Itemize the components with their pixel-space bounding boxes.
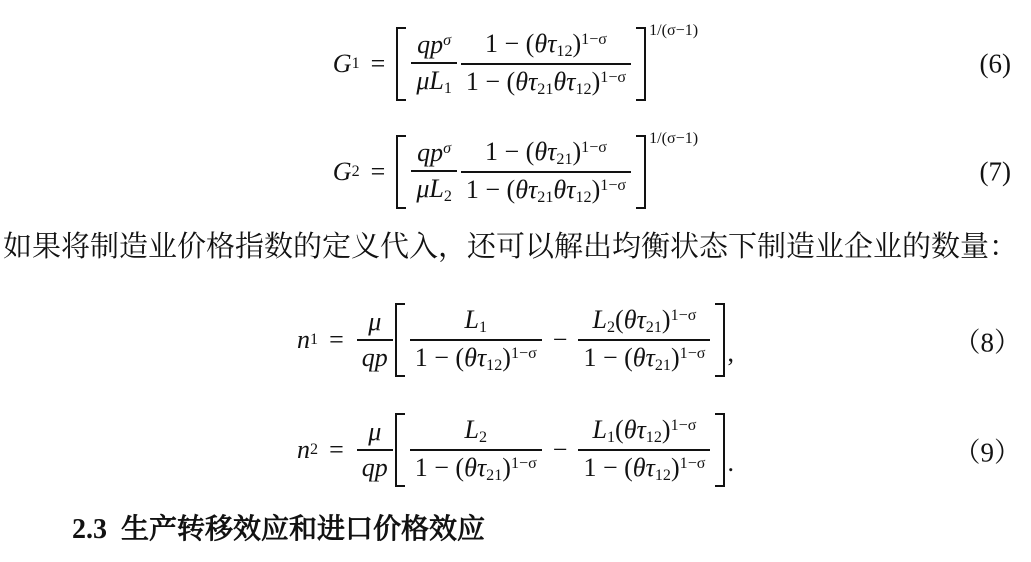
eq9-term-a-den-exp: 1−σ <box>511 455 537 472</box>
eq9-term-b-fraction: L1(θτ12)1−σ 1 − (θτ12)1−σ <box>578 413 710 487</box>
eq9-term-a-numerator: L2 <box>460 413 493 449</box>
eq8-coef-den-var: qp <box>362 343 388 372</box>
eq8-lhs-sub: 1 <box>310 331 318 349</box>
eq9-term-b-den-var: θτ <box>633 453 655 482</box>
body-paragraph: 如果将制造业价格指数的定义代入，还可以解出均衡状态下制造业企业的数量： <box>3 229 1031 265</box>
eq7-coef-den-var: μL <box>416 174 444 203</box>
left-bracket <box>396 27 406 101</box>
eq9-term-a-fraction: L2 1 − (θτ21)1−σ <box>410 413 542 487</box>
eq6-ratio-num-var-sub: 12 <box>556 43 572 60</box>
equals-sign: = <box>371 49 386 79</box>
section-title: 生产转移效应和进口价格效应 <box>121 514 485 545</box>
eq9-term-a-den-var: θτ <box>464 453 486 482</box>
eq9-coef-numerator: μ <box>363 415 386 450</box>
eq6-ratio-den-exp: 1−σ <box>600 69 626 86</box>
eq6-coef-denominator: μL1 <box>411 64 457 100</box>
section-number: 2.3 <box>72 514 107 545</box>
eq8-bracket-group: L1 1 − (θτ12)1−σ − L2(θτ21)1−σ 1 − (θτ21… <box>395 303 734 377</box>
eq8-term-a-den-exp: 1−σ <box>511 345 537 362</box>
equation-7-row: G2 = qpσ μL2 1 − (θτ21)1−σ 1 − (θτ21θτ12… <box>0 116 1031 228</box>
eq8-coef-fraction: μ qp <box>357 305 393 376</box>
eq6-ratio-den-close: ) <box>592 67 601 96</box>
eq6-ratio-num-open: 1 − ( <box>485 29 534 58</box>
eq8-coef-denominator: qp <box>357 341 393 376</box>
eq9-term-b-den-close: ) <box>671 453 680 482</box>
eq7-ratio-fraction: 1 − (θτ21)1−σ 1 − (θτ21θτ12)1−σ <box>461 135 631 209</box>
eq8-term-a-den-close: ) <box>502 343 511 372</box>
eq7-ratio-num-var: θτ <box>534 137 556 166</box>
right-bracket <box>636 27 646 101</box>
eq8-term-a-num-sub: 1 <box>479 319 487 336</box>
eq9-term-b-num-inner: θτ <box>624 415 646 444</box>
eq8-term-b-num-inner: θτ <box>624 305 646 334</box>
eq7-ratio-den-open: 1 − ( <box>466 175 515 204</box>
eq7-ratio-numerator: 1 − (θτ21)1−σ <box>480 135 612 171</box>
equation-6-row: G1 = qpσ μL1 1 − (θτ12)1−σ 1 − (θτ21θτ12… <box>0 8 1031 120</box>
eq6-coef-den-sub: 1 <box>444 80 452 97</box>
eq8-term-b-denominator: 1 − (θτ21)1−σ <box>578 341 710 377</box>
left-bracket <box>396 135 406 209</box>
eq9-term-b-num-exp: 1−σ <box>671 417 697 434</box>
eq8-term-b-num-open: ( <box>615 305 624 334</box>
eq7-lhs-var: G <box>333 157 352 187</box>
eq8-term-b-den-exp: 1−σ <box>680 345 706 362</box>
eq6-ratio-denominator: 1 − (θτ21θτ12)1−σ <box>461 65 631 101</box>
equation-9-label: （9） <box>954 431 1022 470</box>
eq6-ratio-num-var: θτ <box>534 29 556 58</box>
eq9-coef-num-var: μ <box>368 417 381 446</box>
eq8-term-a-fraction: L1 1 − (θτ12)1−σ <box>410 303 542 377</box>
eq8-term-a-den-open: 1 − ( <box>415 343 464 372</box>
right-bracket <box>715 303 725 377</box>
minus-sign: − <box>553 325 568 355</box>
eq6-ratio-num-close: ) <box>573 29 582 58</box>
equals-sign: = <box>329 435 344 465</box>
equation-9-row: n2 = μ qp L2 1 − (θτ21)1−σ − L1(θτ12)1−σ… <box>0 402 1031 498</box>
eq9-term-a-den-open: 1 − ( <box>415 453 464 482</box>
document-page: { "page": { "background": "#ffffff", "te… <box>0 0 1031 562</box>
eq6-ratio-den-var2-sub: 12 <box>575 81 591 98</box>
eq9-term-b-num-open: ( <box>615 415 624 444</box>
eq7-coef-num-exp: σ <box>443 140 451 157</box>
eq6-outer-exponent: 1/(σ−1) <box>649 22 698 40</box>
equation-8-label: （8） <box>954 321 1022 360</box>
eq9-term-b-den-exp: 1−σ <box>680 455 706 472</box>
equals-sign: = <box>329 325 344 355</box>
eq7-ratio-den-var1: θτ <box>515 175 537 204</box>
eq9-term-b-denominator: 1 − (θτ12)1−σ <box>578 451 710 487</box>
eq7-coef-den-sub: 2 <box>444 188 452 205</box>
eq8-term-b-num-var: L <box>593 305 607 334</box>
eq6-ratio-den-var2: θτ <box>553 67 575 96</box>
left-bracket <box>395 303 405 377</box>
eq9-term-b-num-var: L <box>593 415 607 444</box>
eq9-trailing-period: . <box>727 448 734 478</box>
eq6-ratio-fraction: 1 − (θτ12)1−σ 1 − (θτ21θτ12)1−σ <box>461 27 631 101</box>
eq9-term-a-den-var-sub: 21 <box>486 467 502 484</box>
eq9-term-b-numerator: L1(θτ12)1−σ <box>588 413 702 449</box>
eq6-ratio-den-var1: θτ <box>515 67 537 96</box>
eq7-coef-fraction: qpσ μL2 <box>411 136 457 209</box>
eq7-ratio-num-close: ) <box>573 137 582 166</box>
eq9-coef-fraction: μ qp <box>357 415 393 486</box>
eq8-term-b-den-close: ) <box>671 343 680 372</box>
eq8-term-a-den-var-sub: 12 <box>486 357 502 374</box>
eq7-coef-denominator: μL2 <box>411 172 457 208</box>
eq8-coef-num-var: μ <box>368 307 381 336</box>
right-bracket <box>715 413 725 487</box>
equation-8-row: n1 = μ qp L1 1 − (θτ12)1−σ − L2(θτ21)1−σ… <box>0 292 1031 388</box>
eq9-coef-denominator: qp <box>357 451 393 486</box>
eq7-bracket-group: qpσ μL2 1 − (θτ21)1−σ 1 − (θτ21θτ12)1−σ … <box>396 135 698 209</box>
eq8-term-a-num-var: L <box>465 305 479 334</box>
eq7-outer-exponent: 1/(σ−1) <box>649 130 698 148</box>
eq7-ratio-num-open: 1 − ( <box>485 137 534 166</box>
eq7-ratio-den-var2: θτ <box>553 175 575 204</box>
eq7-ratio-den-var2-sub: 12 <box>575 189 591 206</box>
eq9-term-b-num-var-sub: 1 <box>607 429 615 446</box>
eq9-lhs-var: n <box>297 435 310 465</box>
eq8-lhs-var: n <box>297 325 310 355</box>
eq8-term-b-num-close: ) <box>662 305 671 334</box>
eq7-coef-num-var: qp <box>417 138 443 167</box>
eq6-coef-num-var: qp <box>417 30 443 59</box>
eq8-term-b-den-var-sub: 21 <box>655 357 671 374</box>
right-bracket <box>636 135 646 209</box>
eq7-ratio-denominator: 1 − (θτ21θτ12)1−σ <box>461 173 631 209</box>
eq8-term-b-num-inner-sub: 21 <box>646 319 662 336</box>
eq6-ratio-num-exp: 1−σ <box>581 31 607 48</box>
eq8-term-b-fraction: L2(θτ21)1−σ 1 − (θτ21)1−σ <box>578 303 710 377</box>
eq9-term-b-num-inner-sub: 12 <box>646 429 662 446</box>
eq7-coef-numerator: qpσ <box>412 136 456 171</box>
equation-8: n1 = μ qp L1 1 − (θτ12)1−σ − L2(θτ21)1−σ… <box>297 303 734 377</box>
equation-6: G1 = qpσ μL1 1 − (θτ12)1−σ 1 − (θτ21θτ12… <box>333 27 698 101</box>
eq7-ratio-den-exp: 1−σ <box>600 177 626 194</box>
eq8-term-a-numerator: L1 <box>460 303 493 339</box>
eq7-ratio-num-exp: 1−σ <box>581 139 607 156</box>
eq8-coef-numerator: μ <box>363 305 386 340</box>
equation-7: G2 = qpσ μL2 1 − (θτ21)1−σ 1 − (θτ21θτ12… <box>333 135 698 209</box>
eq9-term-a-num-var: L <box>465 415 479 444</box>
minus-sign: − <box>553 435 568 465</box>
eq8-trailing-comma: , <box>727 338 734 368</box>
eq9-term-a-den-close: ) <box>502 453 511 482</box>
eq8-term-a-den-var: θτ <box>464 343 486 372</box>
eq7-ratio-num-var-sub: 21 <box>556 151 572 168</box>
eq7-ratio-den-close: ) <box>592 175 601 204</box>
eq9-term-b-num-close: ) <box>662 415 671 444</box>
eq9-term-a-denominator: 1 − (θτ21)1−σ <box>410 451 542 487</box>
eq8-term-b-num-exp: 1−σ <box>671 307 697 324</box>
equation-9: n2 = μ qp L2 1 − (θτ21)1−σ − L1(θτ12)1−σ… <box>297 413 734 487</box>
eq9-term-b-den-open: 1 − ( <box>583 453 632 482</box>
eq6-ratio-den-open: 1 − ( <box>466 67 515 96</box>
eq7-ratio-den-var1-sub: 21 <box>537 189 553 206</box>
eq9-term-b-den-var-sub: 12 <box>655 467 671 484</box>
eq8-term-b-den-open: 1 − ( <box>583 343 632 372</box>
section-heading: 2.3生产转移效应和进口价格效应 <box>72 507 485 547</box>
equation-7-label: (7) <box>980 157 1011 188</box>
eq9-term-a-num-sub: 2 <box>479 429 487 446</box>
eq6-coef-den-var: μL <box>416 66 444 95</box>
eq8-term-b-num-var-sub: 2 <box>607 319 615 336</box>
eq6-coef-numerator: qpσ <box>412 28 456 63</box>
eq9-coef-den-var: qp <box>362 453 388 482</box>
eq6-lhs-sub: 1 <box>352 55 360 73</box>
eq6-ratio-den-var1-sub: 21 <box>537 81 553 98</box>
left-bracket <box>395 413 405 487</box>
eq6-coef-num-exp: σ <box>443 32 451 49</box>
equals-sign: = <box>371 157 386 187</box>
eq8-term-b-den-var: θτ <box>633 343 655 372</box>
eq7-lhs-sub: 2 <box>352 163 360 181</box>
eq8-term-a-denominator: 1 − (θτ12)1−σ <box>410 341 542 377</box>
eq6-bracket-group: qpσ μL1 1 − (θτ12)1−σ 1 − (θτ21θτ12)1−σ … <box>396 27 698 101</box>
eq6-coef-fraction: qpσ μL1 <box>411 28 457 101</box>
eq6-lhs-var: G <box>333 49 352 79</box>
eq9-lhs-sub: 2 <box>310 441 318 459</box>
eq8-term-b-numerator: L2(θτ21)1−σ <box>588 303 702 339</box>
equation-6-label: (6) <box>980 49 1011 80</box>
eq9-bracket-group: L2 1 − (θτ21)1−σ − L1(θτ12)1−σ 1 − (θτ12… <box>395 413 734 487</box>
eq6-ratio-numerator: 1 − (θτ12)1−σ <box>480 27 612 63</box>
